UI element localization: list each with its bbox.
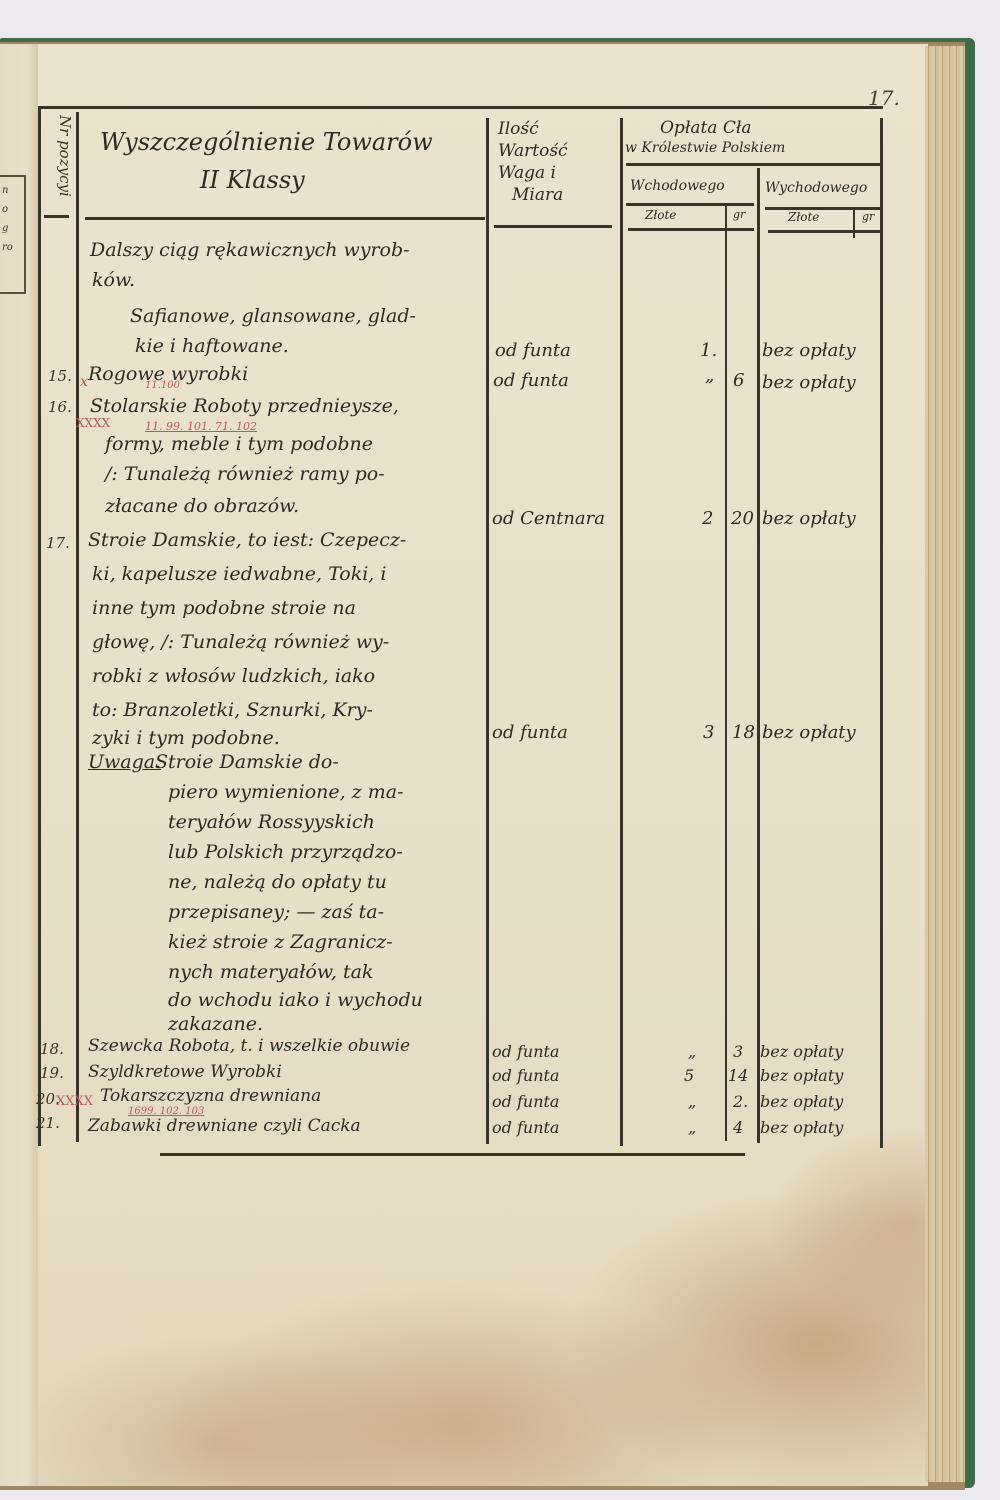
header-duty-2: w Królestwie Polskiem — [625, 140, 785, 156]
rule-duty-header — [626, 163, 881, 166]
row-17-line-5: robki z włosów ludzkich, iako — [92, 660, 375, 692]
left-page-partial-table: n o g ro — [0, 175, 26, 294]
row-19-import-zl: 5 — [684, 1066, 694, 1085]
note-line-3: teryałów Rossyyskich — [168, 806, 375, 838]
rule-desc-col — [486, 118, 489, 1144]
rule-unit-col — [620, 118, 623, 1146]
row-15-import-zl: „ — [705, 365, 714, 386]
row-17-import-zl: 3 — [703, 722, 714, 743]
rule-right — [880, 118, 883, 1148]
row-21-unit: od funta — [492, 1118, 559, 1137]
row-19-import-gr: 14 — [728, 1066, 748, 1085]
row-20-import-zl: „ — [688, 1092, 696, 1111]
header-export-gr: gr — [862, 210, 874, 223]
row-17-line-2: ki, kapelusze iedwabne, Toki, i — [92, 558, 386, 590]
row-20-line-1: Tokarszczyzna drewniana — [100, 1080, 321, 1112]
note-label: Uwaga. — [88, 746, 161, 778]
row-16-import-gr: 20 — [731, 508, 754, 529]
row-15-red-mark: x — [80, 374, 88, 390]
row-21-export: bez opłaty — [760, 1118, 843, 1137]
rule-import-col — [757, 168, 760, 1143]
row-17-number: 17. — [46, 534, 70, 552]
row-16-line-3: /: Tunależą również ramy po- — [105, 458, 385, 490]
row-18-unit: od funta — [492, 1042, 559, 1061]
header-number: Nr pozycyi — [44, 115, 74, 210]
row-15-import-gr: 6 — [733, 370, 744, 391]
header-duty-1: Opłata Cła — [660, 118, 752, 138]
row-21-import-gr: 4 — [733, 1118, 743, 1137]
rule-nr-header — [44, 215, 69, 218]
row-17-export: bez opłaty — [762, 722, 856, 743]
row-21-number: 21. — [36, 1114, 60, 1132]
note-line-2: piero wymienione, z ma- — [168, 776, 404, 808]
header-import-gr: gr — [733, 208, 745, 221]
note-line-1: Stroie Damskie do- — [155, 746, 339, 778]
rule-import-sub — [626, 203, 754, 206]
rule-export-gr — [853, 210, 855, 238]
rule-export-units — [768, 230, 881, 233]
header-import-zl: Złote — [645, 208, 676, 222]
row-21-line-1: Zabawki drewniane czyli Cacka — [88, 1110, 361, 1142]
row-16-export: bez opłaty — [762, 508, 856, 529]
table-bottom-rule — [160, 1153, 745, 1156]
intro-line-1: Dalszy ciąg rękawicznych wyrob- — [90, 234, 410, 266]
intro-import-zl: 1. — [700, 340, 717, 361]
row-19-export: bez opłaty — [760, 1066, 843, 1085]
row-15-export: bez opłaty — [762, 372, 856, 393]
row-17-import-gr: 18 — [732, 722, 755, 743]
row-18-import-gr: 3 — [733, 1042, 743, 1061]
row-18-number: 18. — [40, 1040, 64, 1058]
header-export: Wychodowego — [765, 180, 867, 196]
row-20-import-gr: 2. — [733, 1092, 748, 1111]
row-17-unit: od funta — [492, 722, 568, 743]
row-19-number: 19. — [40, 1064, 64, 1082]
intro-sub-1: Safianowe, glansowane, glad- — [130, 300, 416, 332]
rule-left — [38, 106, 41, 1146]
row-16-import-zl: 2 — [702, 508, 713, 529]
row-16-line-4: złacane do obrazów. — [105, 490, 299, 522]
row-21-import-zl: „ — [688, 1118, 696, 1137]
row-16-line-2: formy, meble i tym podobne — [105, 428, 373, 460]
row-17-line-3: inne tym podobne stroie na — [92, 592, 356, 624]
page-edges — [925, 46, 965, 1482]
row-18-import-zl: „ — [688, 1042, 696, 1061]
header-description-2: II Klassy — [200, 166, 305, 194]
row-18-export: bez opłaty — [760, 1042, 843, 1061]
row-15-number: 15. — [48, 367, 72, 385]
intro-line-2: ków. — [92, 264, 135, 296]
row-20-unit: od funta — [492, 1092, 559, 1111]
header-unit: Ilość Wartość Waga i Miara — [498, 118, 568, 206]
rule-import-gr — [725, 206, 727, 1141]
rule-desc-header — [85, 217, 485, 220]
intro-export: bez opłaty — [762, 340, 856, 361]
row-16-line-1: Stolarskie Roboty przednieysze, — [90, 390, 399, 422]
row-20-export: bez opłaty — [760, 1092, 843, 1111]
rule-number-col — [76, 112, 79, 1142]
header-export-zl: Złote — [788, 210, 819, 224]
row-15-unit: od funta — [493, 370, 569, 391]
row-20-red-mark: XXXX — [56, 1094, 93, 1109]
table-top-rule — [38, 106, 883, 109]
row-17-line-1: Stroie Damskie, to iest: Czepecz- — [88, 524, 406, 556]
rule-unit-header — [494, 225, 612, 228]
note-line-7: kież stroie z Zagranicz- — [168, 926, 393, 958]
row-17-line-4: głowę, /: Tunależą również wy- — [92, 626, 389, 658]
row-19-unit: od funta — [492, 1066, 559, 1085]
row-16-unit: od Centnara — [492, 508, 605, 529]
note-line-4: lub Polskich przyrządzo- — [168, 836, 403, 868]
note-line-6: przepisaney; — zaś ta- — [168, 896, 384, 928]
header-import: Wchodowego — [630, 178, 725, 194]
header-description-1: Wyszczególnienie Towarów — [100, 128, 433, 156]
rule-import-units — [628, 228, 754, 231]
row-16-number: 16. — [48, 398, 72, 416]
intro-unit: od funta — [495, 340, 571, 361]
note-line-5: ne, należą do opłaty tu — [168, 866, 387, 898]
